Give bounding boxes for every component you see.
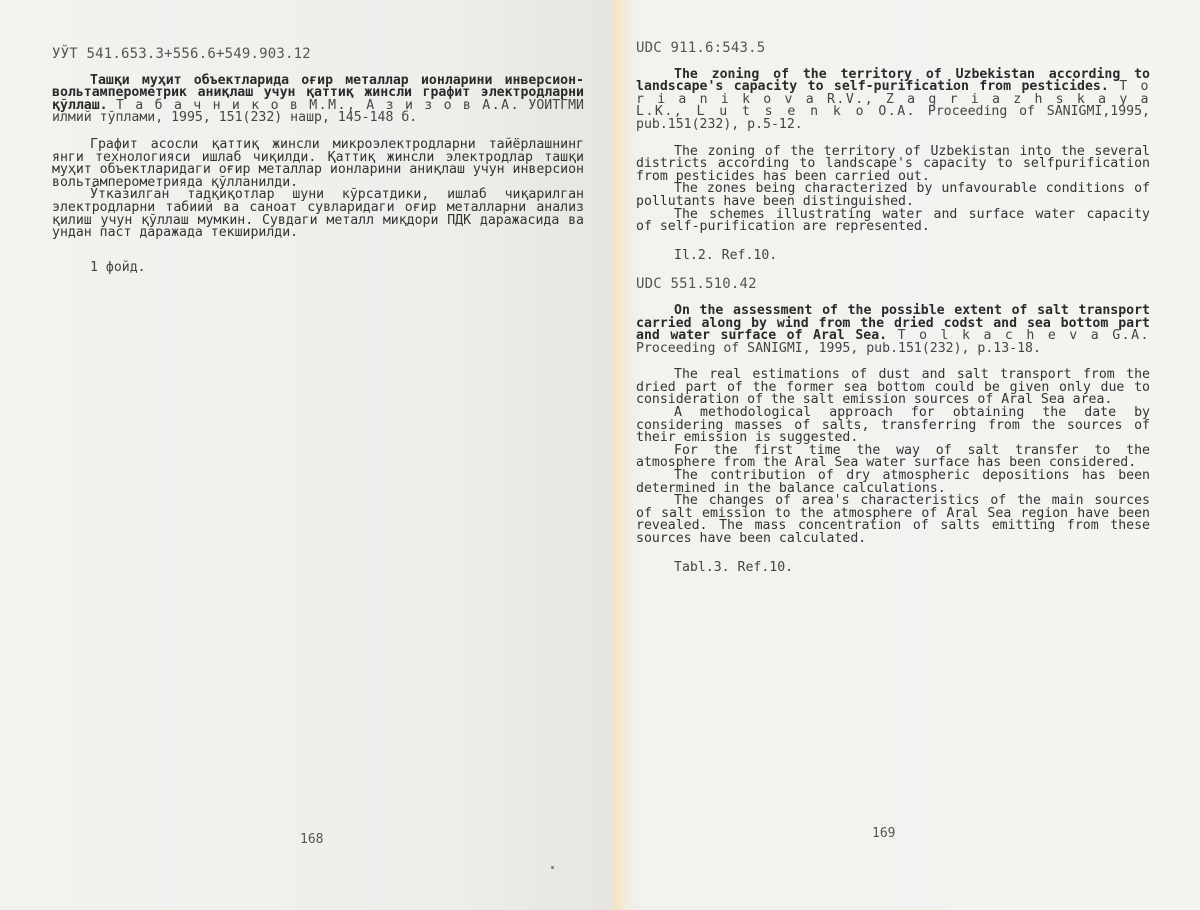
references-note: 1 фойд. [52, 262, 584, 275]
left-page: УЎТ 541.653.3+556.6+549.903.12 Ташқи муҳ… [0, 0, 622, 910]
abstract-body: The zoning of the territory of Uzbekista… [636, 146, 1150, 234]
udc-code: UDC 551.510.42 [636, 278, 1150, 291]
page-number: 169 [872, 826, 895, 841]
right-page-content: UDC 911.6:543.5 The zoning of the territ… [636, 42, 1150, 574]
abstract-paragraph: The contribution of dry atmospheric depo… [636, 470, 1150, 495]
abstract-entry: UDC 911.6:543.5 The zoning of the territ… [636, 42, 1150, 262]
abstract-entry-left: УЎТ 541.653.3+556.6+549.903.12 Ташқи муҳ… [52, 48, 584, 274]
references-note: Tabl.3. Ref.10. [636, 562, 1150, 575]
abstract-paragraph: Ўтказилган тадқиқотлар шуни кўрсатдики, … [52, 189, 584, 239]
paper-speck [551, 866, 554, 869]
bibliographic-header: The zoning of the territory of Uzbekista… [636, 69, 1150, 132]
abstract-paragraph: The real estimations of dust and salt tr… [636, 369, 1150, 407]
udc-code: УЎТ 541.653.3+556.6+549.903.12 [52, 48, 584, 61]
article-title: The zoning of the territory of Uzbekista… [636, 67, 1150, 95]
abstract-body: Графит асосли қаттиқ жинсли микроэлектро… [52, 139, 584, 240]
abstract-paragraph: The zoning of the territory of Uzbekista… [636, 146, 1150, 184]
abstract-entry: UDC 551.510.42 On the assessment of the … [636, 278, 1150, 574]
abstract-paragraph: The changes of area's characteristics of… [636, 495, 1150, 545]
abstract-paragraph: The zones being characterized by unfavou… [636, 183, 1150, 208]
page-number: 168 [300, 832, 323, 847]
book-spread: УЎТ 541.653.3+556.6+549.903.12 Ташқи муҳ… [0, 0, 1200, 910]
bibliographic-header: Ташқи муҳит объектларида оғир металлар и… [52, 75, 584, 125]
article-source: Proceeding of SANIGMI, 1995, pub.151(232… [636, 341, 1041, 356]
abstract-paragraph: Графит асосли қаттиқ жинсли микроэлектро… [52, 139, 584, 189]
bibliographic-header: On the assessment of the possible extent… [636, 305, 1150, 355]
abstract-paragraph: For the first time the way of salt trans… [636, 445, 1150, 470]
abstract-paragraph: The schemes illustrating water and surfa… [636, 209, 1150, 234]
references-note: Il.2. Ref.10. [636, 250, 1150, 263]
abstract-paragraph: A methodological approach for obtaining … [636, 407, 1150, 445]
abstract-body: The real estimations of dust and salt tr… [636, 369, 1150, 545]
udc-code: UDC 911.6:543.5 [636, 42, 1150, 55]
